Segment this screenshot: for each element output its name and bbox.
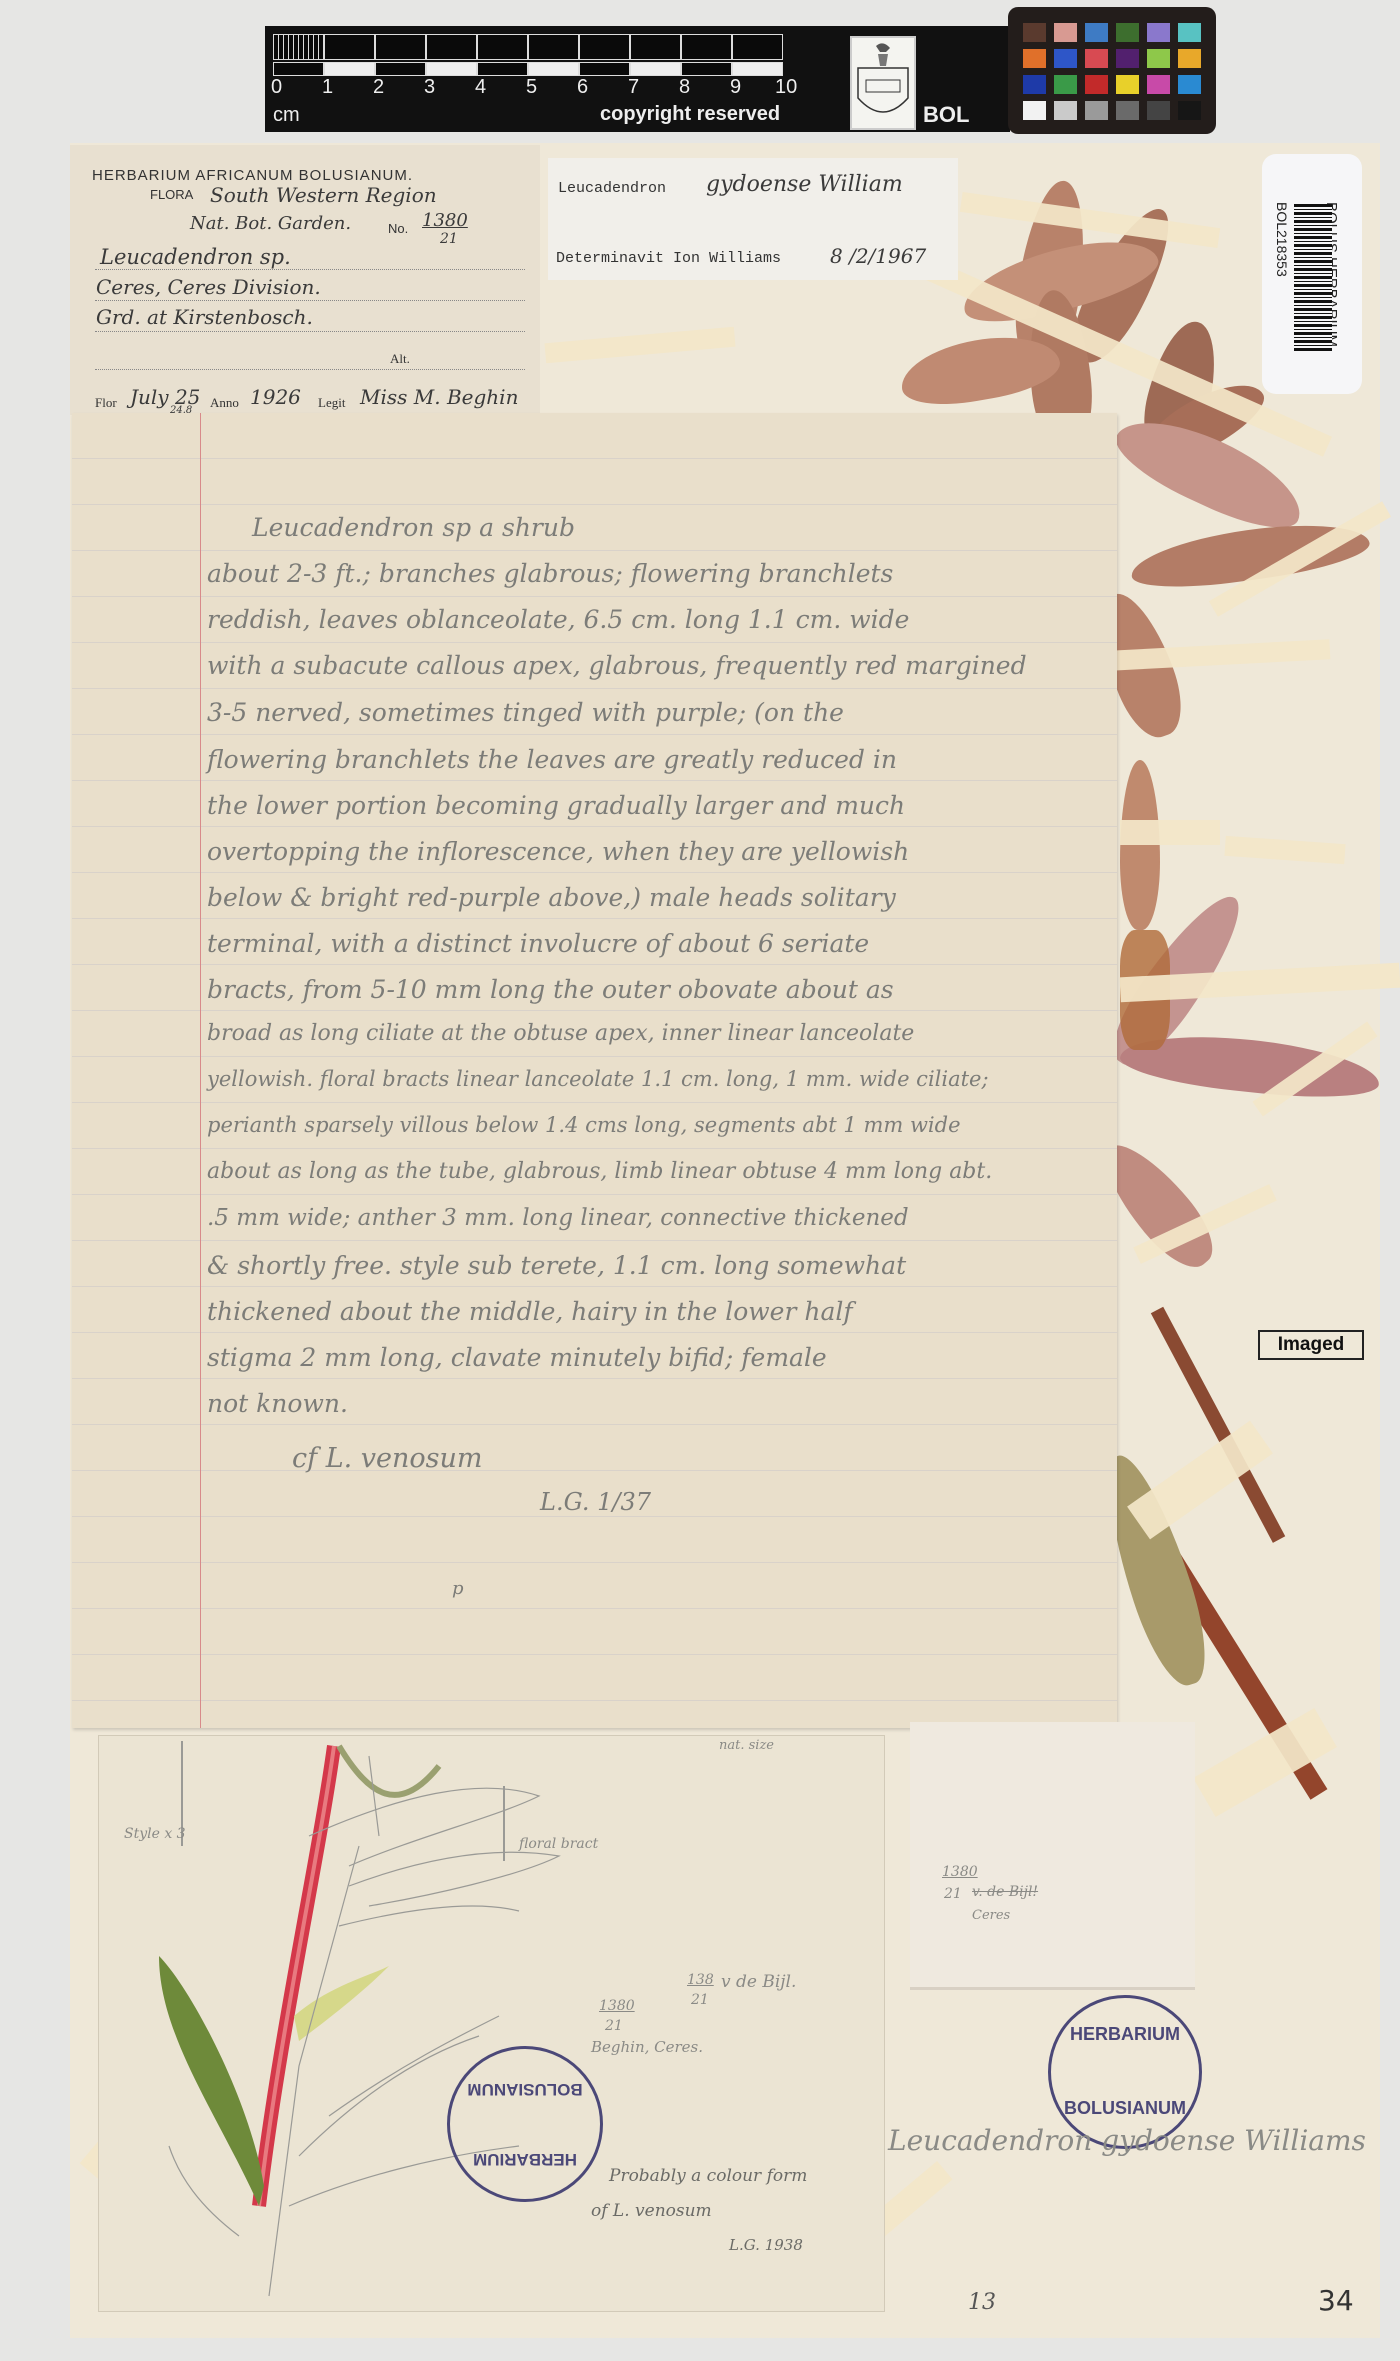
scale-tick-2: 2 xyxy=(373,76,384,99)
scale-tick-9: 9 xyxy=(730,76,741,99)
barcode-label: BOLUS HERBARIUM BOL218353 xyxy=(1262,154,1362,394)
floral-bract-label: floral bract xyxy=(519,1836,598,1852)
packet-place: Ceres xyxy=(972,1908,1010,1923)
stamp-text-bottom: BOLUSIANUM xyxy=(1051,2098,1199,2119)
scale-tick-10: 10 xyxy=(775,76,797,99)
stamp-text-top: HERBARIUM xyxy=(1051,2024,1199,2045)
ref-place: Beghin, Ceres. xyxy=(591,2038,703,2056)
copyright-text: copyright reserved xyxy=(600,103,780,126)
scale-tick-3: 3 xyxy=(424,76,435,99)
scale-tick-0: 0 xyxy=(271,76,282,99)
color-swatch xyxy=(1116,75,1139,94)
scale-tick-5: 5 xyxy=(526,76,537,99)
note-line: perianth sparsely villous below 1.4 cms … xyxy=(207,1113,961,1137)
note-line: overtopping the inflorescence, when they… xyxy=(207,837,909,866)
number-label: No. xyxy=(388,221,408,236)
anno-label: Anno xyxy=(210,395,239,411)
note-annotation: cf L. venosum xyxy=(292,1443,483,1474)
plant-illustration xyxy=(99,1736,884,2311)
color-swatch xyxy=(1085,75,1108,94)
color-swatch xyxy=(1178,75,1201,94)
barcode-icon xyxy=(1294,204,1332,352)
note-line: below & bright red-purple above,) male h… xyxy=(207,883,896,912)
color-swatch xyxy=(1085,23,1108,42)
note-line: about as long as the tube, glabrous, lim… xyxy=(207,1159,992,1184)
scale-tick-8: 8 xyxy=(679,76,690,99)
taxon-name: Leucadendron sp. xyxy=(100,245,291,269)
scale-tick-6: 6 xyxy=(577,76,588,99)
grown-location: Grd. at Kirstenbosch. xyxy=(96,305,313,329)
color-swatch xyxy=(1178,23,1201,42)
color-swatch xyxy=(1054,75,1077,94)
det-determinavit: Determinavit Ion Williams xyxy=(556,250,781,267)
note-line: & shortly free. style sub terete, 1.1 cm… xyxy=(207,1251,906,1280)
collection-label: HERBARIUM AFRICANUM BOLUSIANUM. FLORA So… xyxy=(70,145,540,415)
legit-label: Legit xyxy=(318,395,345,411)
drawing-note-2: of L. venosum xyxy=(591,2201,712,2221)
note-line: 3-5 nerved, sometimes tinged with purple… xyxy=(207,698,844,727)
scale-ruler xyxy=(273,34,788,78)
alt-label: Alt. xyxy=(390,351,410,367)
collector-name: Miss M. Beghin xyxy=(360,385,518,409)
note-line: Leucadendron sp a shrub xyxy=(252,513,575,542)
style-label: Style x 3 xyxy=(124,1826,186,1842)
scale-tick-4: 4 xyxy=(475,76,486,99)
stamp-text-top: BOLUSIANUM xyxy=(450,2079,600,2099)
collection-number-sub: 21 xyxy=(440,231,458,247)
scale-bar: 0 1 2 3 4 5 6 7 8 9 10 cm copyright rese… xyxy=(265,26,1010,132)
color-swatch xyxy=(1147,23,1170,42)
color-swatch xyxy=(1023,49,1046,68)
packet-number-sub: 21 xyxy=(944,1886,962,1902)
color-swatch xyxy=(1116,49,1139,68)
note-line: reddish, leaves oblanceolate, 6.5 cm. lo… xyxy=(207,605,909,634)
flora-value: South Western Region xyxy=(210,183,437,207)
note-line: not known. xyxy=(207,1389,348,1418)
det-genus: Leucadendron xyxy=(558,180,666,197)
note-line: bracts, from 5-10 mm long the outer obov… xyxy=(207,975,894,1004)
color-swatch xyxy=(1116,101,1139,120)
note-line: about 2-3 ft.; branches glabrous; flower… xyxy=(207,559,893,588)
institution-code: BOL xyxy=(923,102,969,128)
nat-size-label: nat. size xyxy=(719,1738,774,1753)
scale-tick-1: 1 xyxy=(322,76,333,99)
color-swatch xyxy=(1023,101,1046,120)
note-line: thickened about the middle, hairy in the… xyxy=(207,1297,853,1326)
det-date: 8 /2/1967 xyxy=(830,244,926,268)
flor-label: Flor xyxy=(95,395,117,411)
note-line: .5 mm wide; anther 3 mm. long linear, co… xyxy=(207,1205,909,1231)
packet-struck-text: v. de Bijl! xyxy=(972,1884,1038,1900)
label-header: HERBARIUM AFRICANUM BOLUSIANUM. xyxy=(92,167,413,184)
color-swatch xyxy=(1178,101,1201,120)
color-swatch xyxy=(1085,49,1108,68)
scale-unit: cm xyxy=(273,104,300,127)
note-line: broad as long ciliate at the obtuse apex… xyxy=(207,1021,914,1046)
imaged-stamp: Imaged xyxy=(1258,1330,1364,1360)
anno-value: 1926 xyxy=(250,385,301,409)
color-swatch xyxy=(1054,49,1077,68)
scale-tick-7: 7 xyxy=(628,76,639,99)
color-swatch xyxy=(1147,75,1170,94)
ref2-number: 138 xyxy=(687,1972,714,1988)
color-swatch xyxy=(1178,49,1201,68)
determination-label: Leucadendron gydoense William Determinav… xyxy=(548,158,958,280)
color-swatch xyxy=(1023,75,1046,94)
color-calibration-chart xyxy=(1008,7,1216,134)
locality: Ceres, Ceres Division. xyxy=(96,275,321,299)
note-line: flowering branchlets the leaves are grea… xyxy=(207,745,897,774)
description-notes-sheet: Leucadendron sp a shrub about 2-3 ft.; b… xyxy=(72,413,1117,1728)
ref-number-sub: 21 xyxy=(605,2018,623,2034)
color-swatch xyxy=(1023,23,1046,42)
color-swatch xyxy=(1116,23,1139,42)
color-swatch xyxy=(1147,101,1170,120)
color-swatch xyxy=(1147,49,1170,68)
note-line: terminal, with a distinct involucre of a… xyxy=(207,929,869,958)
flora-label: FLORA xyxy=(150,187,193,202)
packet-number: 1380 xyxy=(942,1864,978,1880)
color-swatch xyxy=(1054,23,1077,42)
note-mark: p xyxy=(452,1578,464,1599)
herbarium-stamp: BOLUSIANUM HERBARIUM xyxy=(447,2046,603,2202)
sheet-annotation: Leucadendron gydoense Williams xyxy=(888,2124,1366,2157)
sheet-number-right: 34 xyxy=(1318,2284,1354,2317)
note-line: stigma 2 mm long, clavate minutely bifid… xyxy=(207,1343,827,1372)
sheet-number-center: 13 xyxy=(968,2290,996,2315)
ref2-number-sub: 21 xyxy=(691,1992,709,2008)
drawing-note-1: Probably a colour form xyxy=(609,2166,807,2186)
ref2-name: v de Bijl. xyxy=(721,1972,796,1992)
note-annotation-date: L.G. 1/37 xyxy=(540,1488,651,1516)
det-epithet: gydoense William xyxy=(706,172,903,197)
note-line: yellowish. floral bracts linear lanceola… xyxy=(207,1067,989,1091)
collection-number: 1380 xyxy=(422,210,468,231)
university-crest-icon xyxy=(850,36,916,130)
botanical-drawing-sheet: Style x 3 nat. size floral bract 1380 21… xyxy=(98,1735,885,2312)
barcode-number: BOL218353 xyxy=(1274,202,1290,277)
color-swatch xyxy=(1054,101,1077,120)
drawing-note-date: L.G. 1938 xyxy=(729,2236,803,2254)
stamp-text-bottom: HERBARIUM xyxy=(450,2149,600,2169)
note-line: with a subacute callous apex, glabrous, … xyxy=(207,651,1027,680)
ref-number: 1380 xyxy=(599,1998,635,2014)
color-swatch xyxy=(1085,101,1108,120)
note-line: the lower portion becoming gradually lar… xyxy=(207,791,905,820)
specimen-packet: 1380 21 v. de Bijl! Ceres xyxy=(910,1722,1195,1987)
garden-value: Nat. Bot. Garden. xyxy=(190,213,351,234)
